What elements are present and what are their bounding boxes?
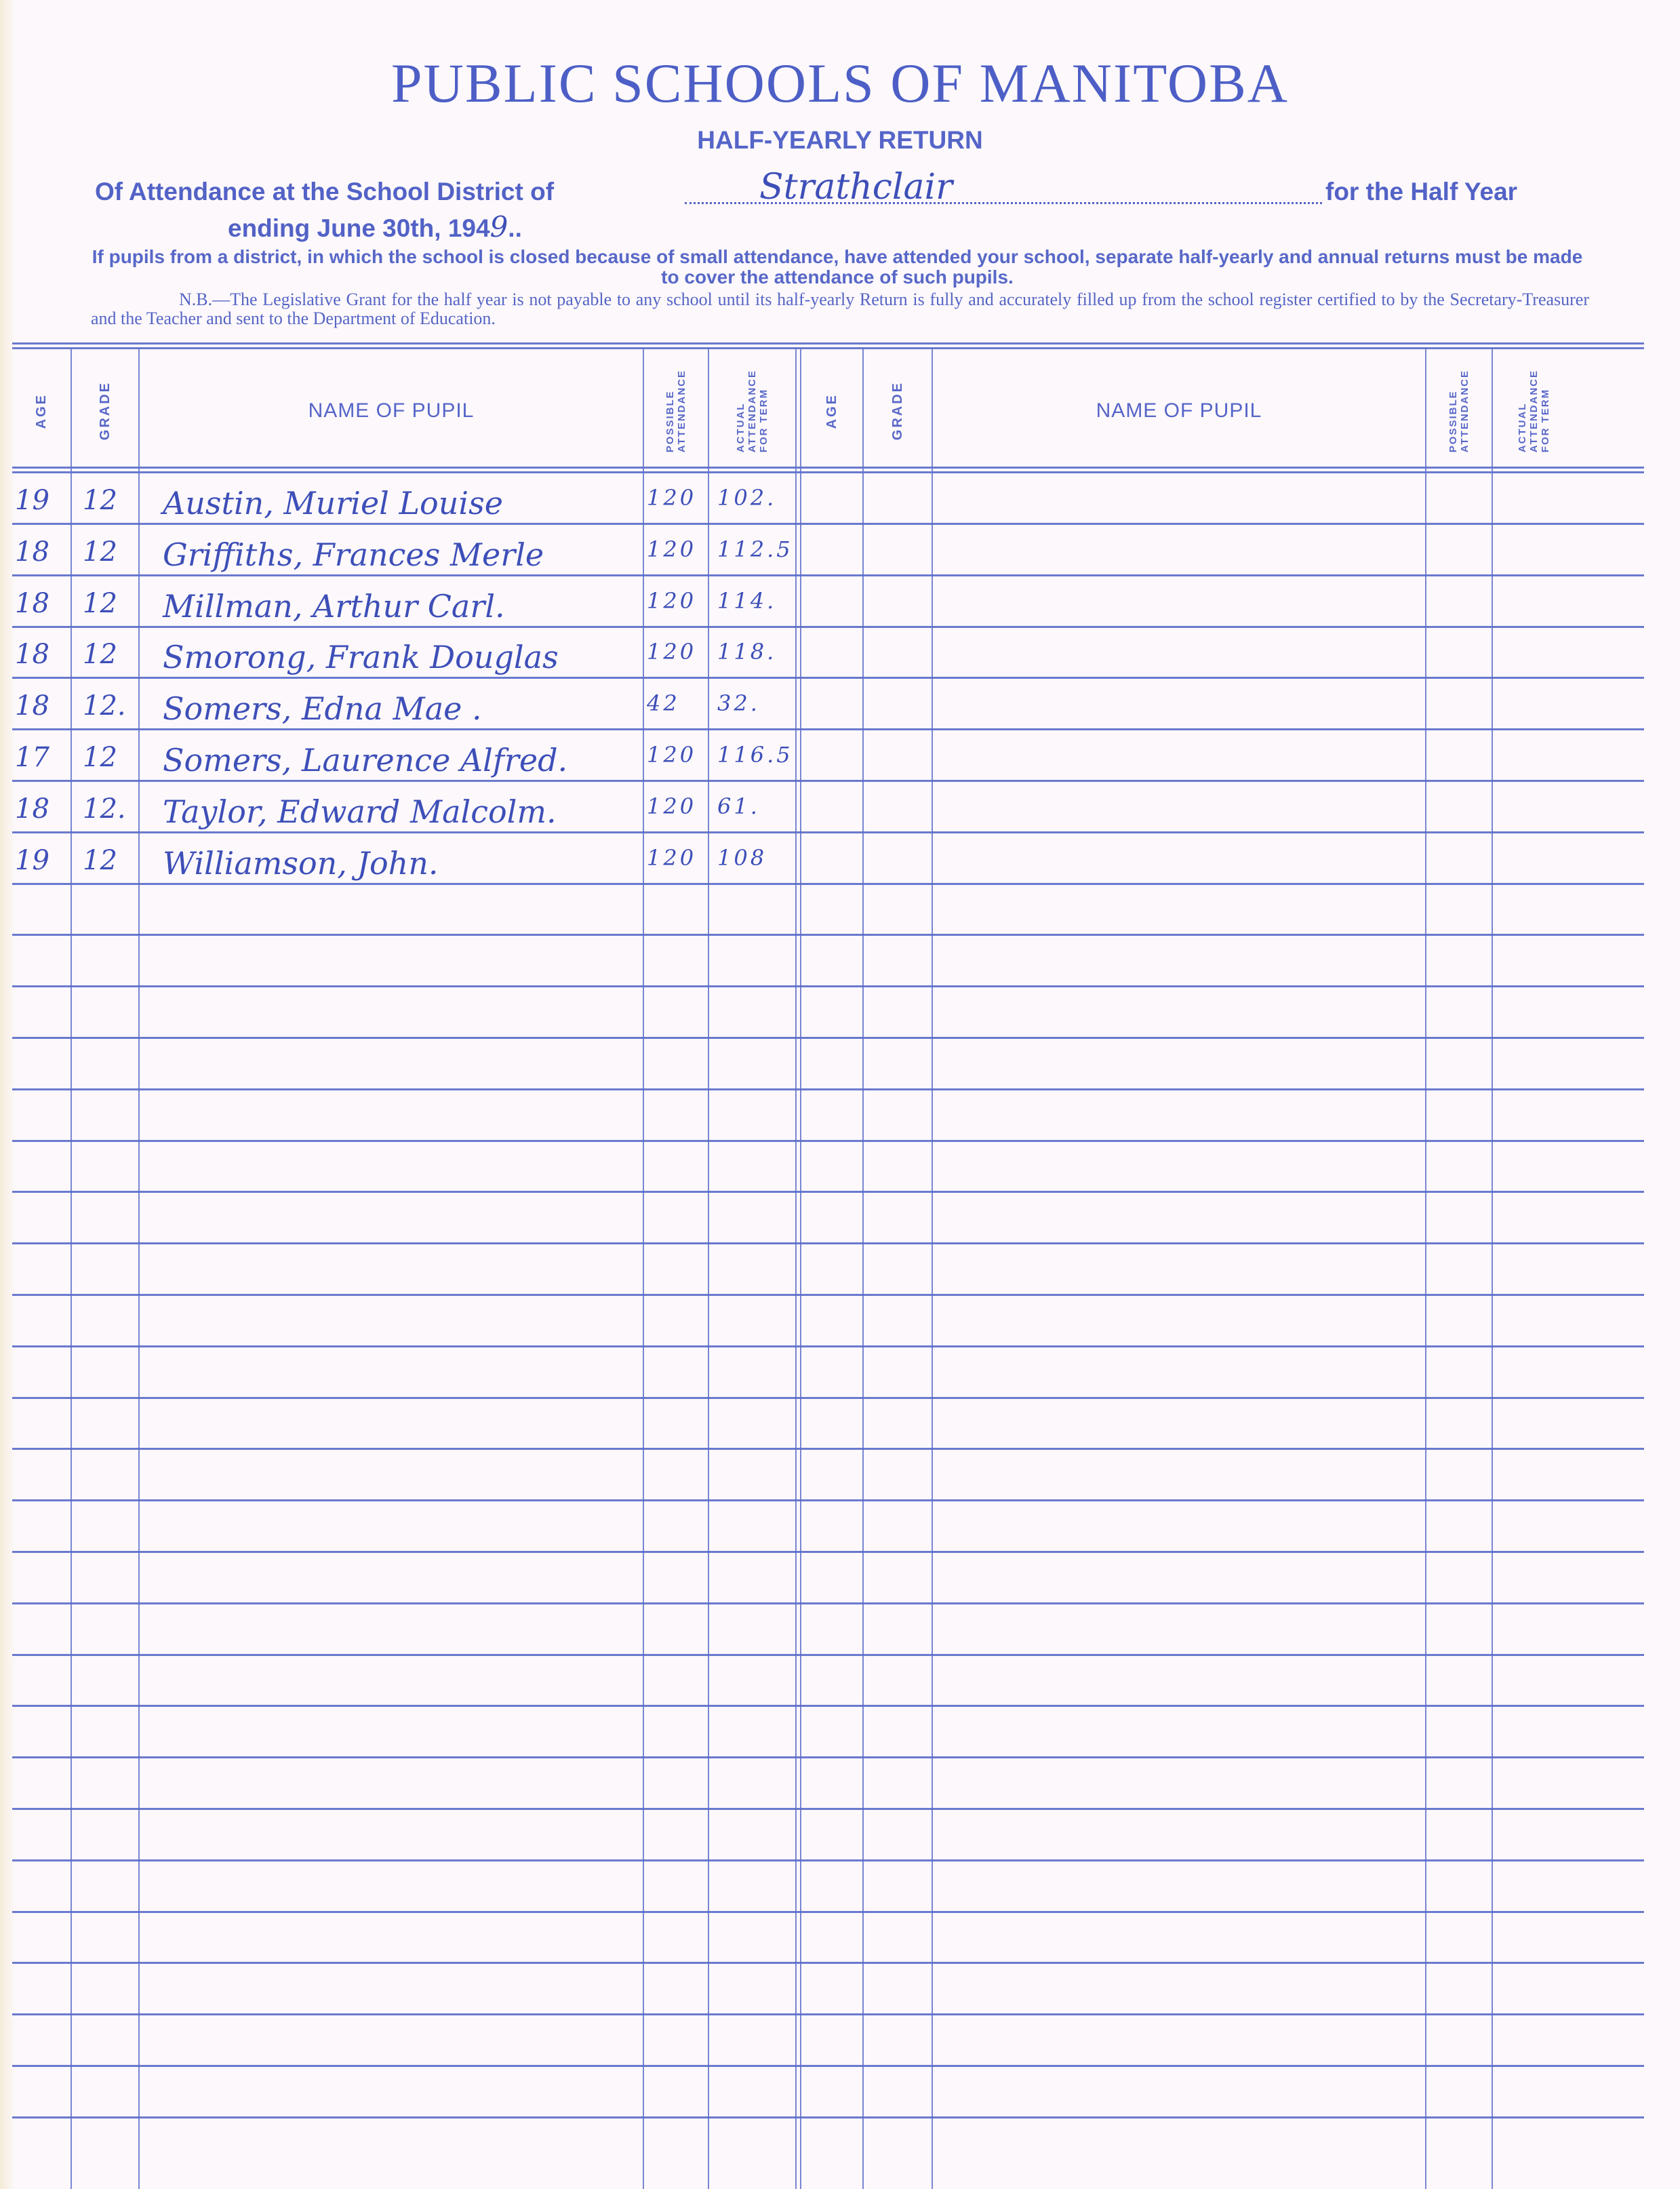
cell-grade[interactable]: 12. bbox=[83, 690, 126, 722]
row-rule bbox=[12, 1962, 1644, 1964]
cell-possible-attendance[interactable]: 120 bbox=[647, 742, 696, 768]
row-rule bbox=[12, 728, 1644, 730]
cell-possible-attendance[interactable]: 120 bbox=[647, 639, 696, 665]
row-rule bbox=[12, 1448, 1644, 1450]
note-legislative-grant: N.B.—The Legislative Grant for the half … bbox=[91, 290, 1589, 328]
cell-possible-attendance[interactable]: 120 bbox=[647, 536, 696, 562]
cell-pupil-name[interactable]: Williamson, John. bbox=[163, 845, 439, 882]
header-possible-left: POSSIBLEATTENDANCE bbox=[644, 351, 708, 471]
cell-age[interactable]: 19 bbox=[15, 485, 49, 516]
cell-actual-attendance[interactable]: 61. bbox=[717, 793, 760, 819]
row-rule bbox=[12, 574, 1644, 576]
cell-age[interactable]: 18 bbox=[15, 793, 49, 825]
header-grade-left: GRADE bbox=[72, 351, 138, 471]
cell-pupil-name[interactable]: Griffiths, Frances Merle bbox=[163, 536, 544, 573]
col-divider bbox=[1425, 348, 1426, 2189]
table-top-rule-inner bbox=[12, 347, 1644, 349]
cell-age[interactable]: 18 bbox=[15, 536, 49, 568]
cell-grade[interactable]: 12 bbox=[83, 588, 117, 619]
note-closed-district: If pupils from a district, in which the … bbox=[88, 247, 1586, 288]
district-line: Of Attendance at the School District of … bbox=[95, 178, 1586, 212]
cell-possible-attendance[interactable]: 120 bbox=[647, 485, 696, 511]
cell-pupil-name[interactable]: Taylor, Edward Malcolm. bbox=[163, 793, 557, 830]
header-name-right: NAME OF PUPIL bbox=[933, 351, 1425, 471]
cell-age[interactable]: 19 bbox=[15, 845, 49, 876]
row-rule bbox=[12, 831, 1644, 833]
ending-label: ending June 30th, 194 bbox=[228, 214, 490, 242]
row-rule bbox=[12, 1705, 1644, 1707]
row-rule bbox=[12, 1191, 1644, 1193]
row-rule bbox=[12, 1397, 1644, 1399]
page-subtitle: HALF-YEARLY RETURN bbox=[0, 127, 1680, 153]
row-rule bbox=[12, 677, 1644, 679]
row-rule bbox=[12, 1037, 1644, 1039]
cell-age[interactable]: 17 bbox=[15, 742, 49, 773]
cell-grade[interactable]: 12 bbox=[83, 845, 117, 876]
col-divider bbox=[71, 348, 72, 2189]
col-divider bbox=[643, 348, 644, 2189]
ending-date-line: ending June 30th, 1949.. bbox=[228, 210, 522, 243]
row-rule bbox=[12, 2065, 1644, 2067]
col-divider-double-a bbox=[795, 348, 797, 2189]
row-rule bbox=[12, 780, 1644, 782]
row-rule bbox=[12, 934, 1644, 936]
cell-actual-attendance[interactable]: 112.5 bbox=[717, 536, 793, 562]
cell-pupil-name[interactable]: Somers, Edna Mae . bbox=[163, 690, 482, 727]
cell-age[interactable]: 18 bbox=[15, 690, 49, 722]
col-divider bbox=[932, 348, 933, 2189]
row-rule bbox=[12, 1551, 1644, 1553]
cell-grade[interactable]: 12 bbox=[83, 536, 117, 568]
row-rule bbox=[12, 1859, 1644, 1861]
ending-year-handwritten[interactable]: 9 bbox=[490, 210, 508, 243]
row-rule bbox=[12, 1242, 1644, 1244]
attendance-table: AGE GRADE NAME OF PUPIL POSSIBLEATTENDAN… bbox=[12, 342, 1644, 2189]
row-rule bbox=[12, 2116, 1644, 2118]
cell-actual-attendance[interactable]: 32. bbox=[717, 690, 760, 716]
district-label: Of Attendance at the School District of bbox=[95, 178, 554, 206]
header-age-left: AGE bbox=[12, 351, 71, 471]
district-name-handwritten[interactable]: Strathclair bbox=[759, 167, 953, 208]
row-rule bbox=[12, 1345, 1644, 1347]
row-rule bbox=[12, 1140, 1644, 1142]
row-rule bbox=[12, 523, 1644, 525]
cell-actual-attendance[interactable]: 116.5 bbox=[717, 742, 793, 768]
cell-actual-attendance[interactable]: 114. bbox=[717, 588, 776, 614]
row-rule bbox=[12, 626, 1644, 628]
row-rule bbox=[12, 1088, 1644, 1090]
cell-actual-attendance[interactable]: 108 bbox=[717, 845, 767, 871]
header-actual-left: ACTUALATTENDANCEFOR TERM bbox=[709, 351, 795, 471]
row-rule bbox=[12, 1499, 1644, 1501]
row-rule bbox=[12, 1756, 1644, 1758]
cell-actual-attendance[interactable]: 118. bbox=[717, 639, 776, 665]
row-rule bbox=[12, 985, 1644, 987]
header-actual-right: ACTUALATTENDANCEFOR TERM bbox=[1493, 351, 1574, 471]
col-divider bbox=[1492, 348, 1493, 2189]
row-rule bbox=[12, 1602, 1644, 1604]
table-top-rule bbox=[12, 342, 1644, 344]
cell-grade[interactable]: 12. bbox=[83, 793, 126, 825]
ending-suffix: .. bbox=[508, 214, 522, 242]
col-divider bbox=[708, 348, 709, 2189]
row-rule bbox=[12, 2013, 1644, 2015]
cell-possible-attendance[interactable]: 120 bbox=[647, 588, 696, 614]
row-rule bbox=[12, 1294, 1644, 1296]
cell-pupil-name[interactable]: Somers, Laurence Alfred. bbox=[163, 742, 567, 778]
cell-grade[interactable]: 12 bbox=[83, 639, 117, 670]
cell-possible-attendance[interactable]: 42 bbox=[647, 690, 680, 716]
cell-grade[interactable]: 12 bbox=[83, 485, 117, 516]
row-rule bbox=[12, 1654, 1644, 1656]
cell-age[interactable]: 18 bbox=[15, 639, 49, 670]
header-name-left: NAME OF PUPIL bbox=[140, 351, 643, 471]
cell-age[interactable]: 18 bbox=[15, 588, 49, 619]
cell-possible-attendance[interactable]: 120 bbox=[647, 845, 696, 871]
cell-grade[interactable]: 12 bbox=[83, 742, 117, 773]
cell-pupil-name[interactable]: Austin, Muriel Louise bbox=[163, 485, 503, 521]
col-divider bbox=[862, 348, 864, 2189]
page-title: PUBLIC SCHOOLS OF MANITOBA bbox=[0, 56, 1680, 111]
col-divider bbox=[138, 348, 140, 2189]
header-grade-right: GRADE bbox=[864, 351, 932, 471]
col-divider-double-b bbox=[800, 348, 801, 2189]
row-rule bbox=[12, 1808, 1644, 1810]
cell-pupil-name[interactable]: Millman, Arthur Carl. bbox=[163, 588, 505, 625]
header-age-right: AGE bbox=[801, 351, 862, 471]
half-year-label: for the Half Year bbox=[1325, 178, 1517, 206]
cell-actual-attendance[interactable]: 102. bbox=[717, 485, 776, 511]
header-bottom-rule-inner bbox=[12, 471, 1644, 473]
cell-possible-attendance[interactable]: 120 bbox=[647, 793, 696, 819]
row-rule bbox=[12, 883, 1644, 885]
row-rule bbox=[12, 1911, 1644, 1913]
header-possible-right: POSSIBLEATTENDANCE bbox=[1426, 351, 1492, 471]
cell-pupil-name[interactable]: Smorong, Frank Douglas bbox=[163, 639, 559, 675]
